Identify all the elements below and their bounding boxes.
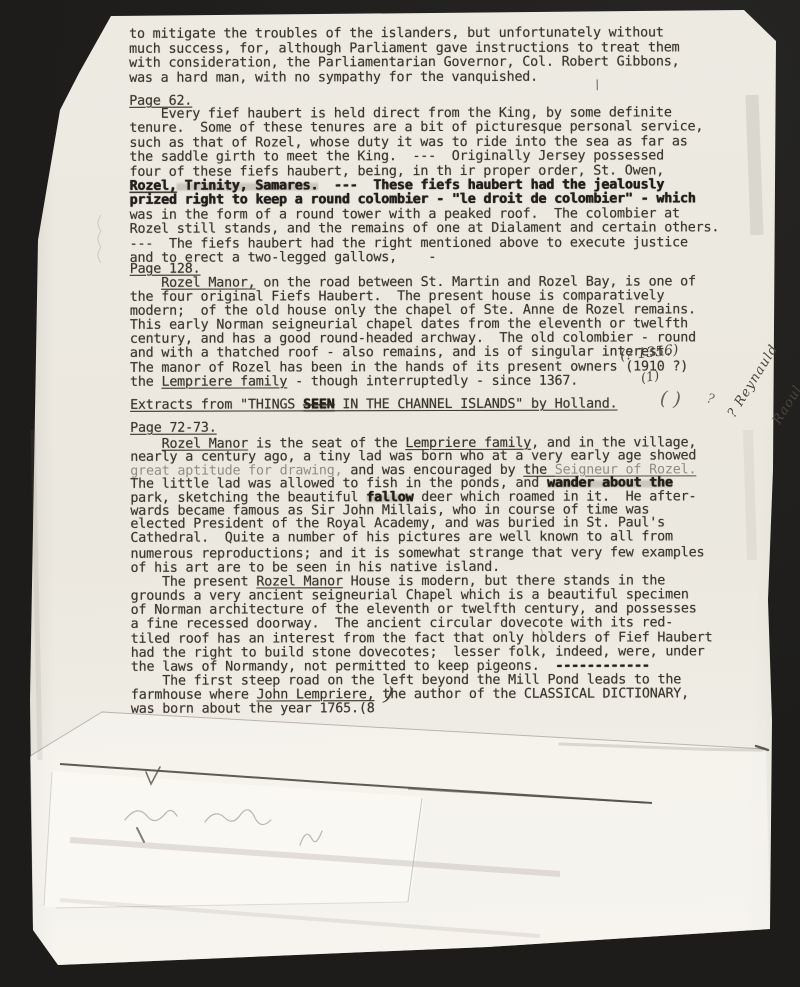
typed-segment: was a hard man, with no sympathy for the… [129, 70, 538, 86]
margin-note-line: Raoul [761, 365, 800, 443]
typed-block: numerous reproductions; and it is somewh… [130, 546, 755, 717]
typed-segment: was born about the year 1765.(8 [131, 701, 375, 717]
typed-segment [130, 276, 161, 291]
margin-note-line: ? Reynauld [726, 343, 782, 421]
typed-segment: Rozel Manor, [161, 275, 255, 290]
handwritten-note-1: (1) [640, 369, 661, 387]
scanned-page: to mitigate the troubles of the islander… [0, 0, 800, 987]
typed-segment: Rozel, [129, 179, 176, 194]
typed-line: Page 72-73. [130, 420, 755, 436]
typed-segment: Page 72-73. [130, 421, 217, 436]
typed-segment: John Lempriere, [257, 687, 375, 702]
typed-line: was a hard man, with no sympathy for the… [129, 70, 754, 86]
handwritten-parens: ( ) [659, 387, 681, 410]
typed-segment: the [130, 374, 161, 389]
typed-text: to mitigate the troubles of the islander… [129, 0, 754, 1]
typed-segment: farmhouse where [131, 687, 257, 702]
typed-segment: IN THE CHANNEL ISLANDS" by Holland. [334, 397, 617, 413]
heading-block: Page 72-73. [130, 420, 755, 436]
typed-segment: Extracts from "THINGS [130, 397, 303, 412]
typed-segment: the author of the CLASSICAL DICTIONARY, [375, 686, 690, 702]
typed-segment: with consideration, the Parliamentarian … [129, 55, 679, 71]
typed-segment: --- The fiefs haubert had the right ment… [130, 235, 688, 251]
typed-segment: SEEN [303, 397, 334, 412]
typed-segment: Lempriere family [161, 374, 287, 389]
typed-line: --- The fiefs haubert had the right ment… [130, 236, 755, 252]
typed-line: farmhouse where John Lempriere, the auth… [131, 687, 756, 703]
typed-block: Rozel Manor, on the road between St. Mar… [130, 275, 755, 389]
typed-line: Cathedral. Quite a number of his picture… [130, 530, 755, 545]
typed-line: was born about the year 1765.(8 [131, 701, 756, 717]
typed-block: Every fief haubert is held direct from t… [129, 106, 754, 266]
typed-block: to mitigate the troubles of the islander… [129, 26, 754, 86]
typed-segment: Page 128. [130, 262, 201, 277]
typed-block: Rozel Manor is the seat of the Lempriere… [130, 436, 755, 545]
typed-segment: Cathedral. Quite a number of his picture… [130, 529, 673, 545]
typed-segment: ------------ [555, 658, 649, 673]
typed-segment: - though interruptedly - since 1367. [287, 373, 578, 389]
